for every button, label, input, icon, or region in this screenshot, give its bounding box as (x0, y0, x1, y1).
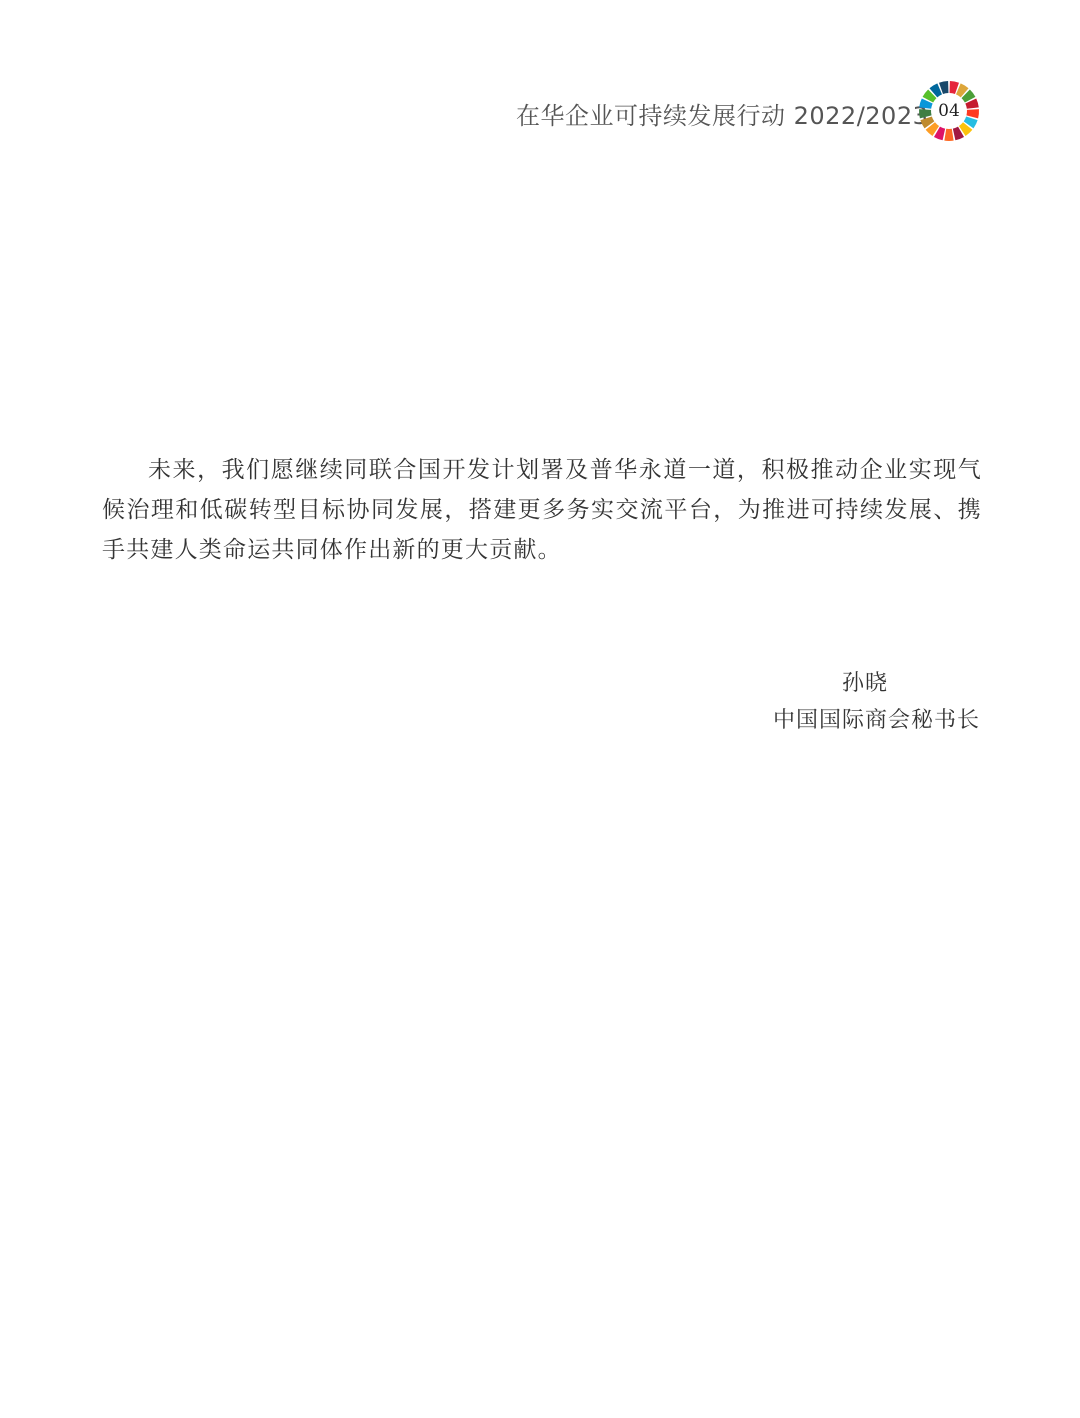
page-number: 04 (918, 80, 980, 142)
header-title: 在华企业可持续发展行动 2022/2023 (516, 96, 928, 131)
signature-title: 中国国际商会秘书长 (773, 703, 980, 734)
body-paragraph: 未来，我们愿继续同联合国开发计划署及普华永道一道，积极推动企业实现气候治理和低碳… (102, 450, 982, 570)
signature-name: 孙晓 (842, 666, 888, 697)
